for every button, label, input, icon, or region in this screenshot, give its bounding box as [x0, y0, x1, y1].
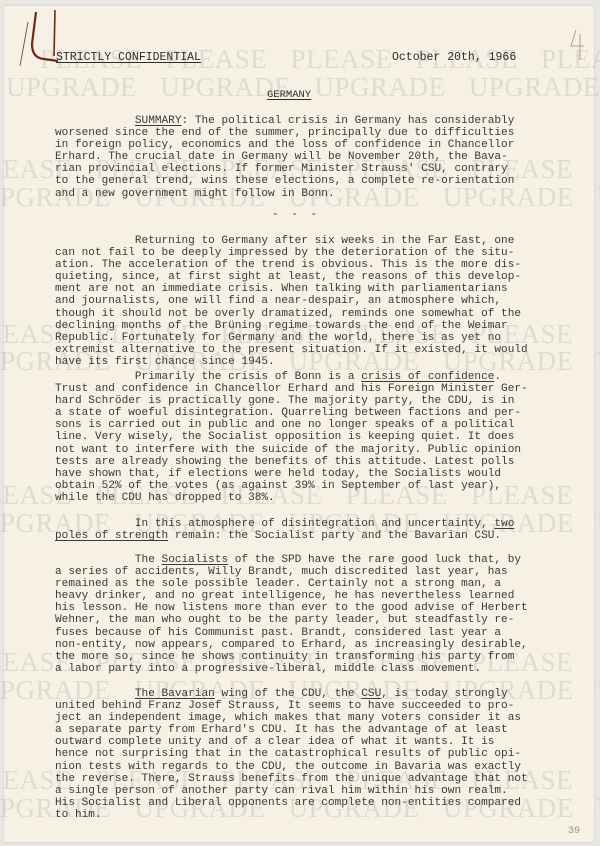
paragraph-bavarian-csu: The Bavarian wing of the CDU, the CSU, i…: [55, 688, 575, 821]
paragraph-poles-of-strength: In this atmosphere of disintegration and…: [55, 518, 575, 542]
emphasis-csu: CSU: [361, 688, 381, 700]
emphasis-socialists: Socialists: [162, 554, 229, 566]
summary-label: SUMMARY: [135, 115, 182, 127]
section-separator: - - -: [272, 209, 320, 221]
document-date: October 20th, 1966: [392, 51, 516, 64]
emphasis-the-bavarian: The Bavarian: [135, 688, 215, 700]
paragraph-crisis-of-confidence: Primarily the crisis of Bonn is a crisis…: [55, 371, 575, 504]
summary-paragraph: SUMMARY: The political crisis in Germany…: [55, 115, 575, 200]
paragraph-returning: Returning to Germany after six weeks in …: [55, 235, 575, 368]
document-title: GERMANY: [267, 89, 311, 101]
paragraph-socialists: The Socialists of the SPD have the rare …: [55, 554, 575, 675]
page-number: 39: [568, 826, 580, 837]
classification-label: STRICTLY CONFIDENTIAL: [56, 51, 201, 64]
emphasis-poles-of-strength: poles of strength: [55, 530, 168, 542]
emphasis-crisis-of-confidence: crisis of confidence: [361, 371, 494, 383]
handwritten-number-icon: [566, 26, 592, 66]
